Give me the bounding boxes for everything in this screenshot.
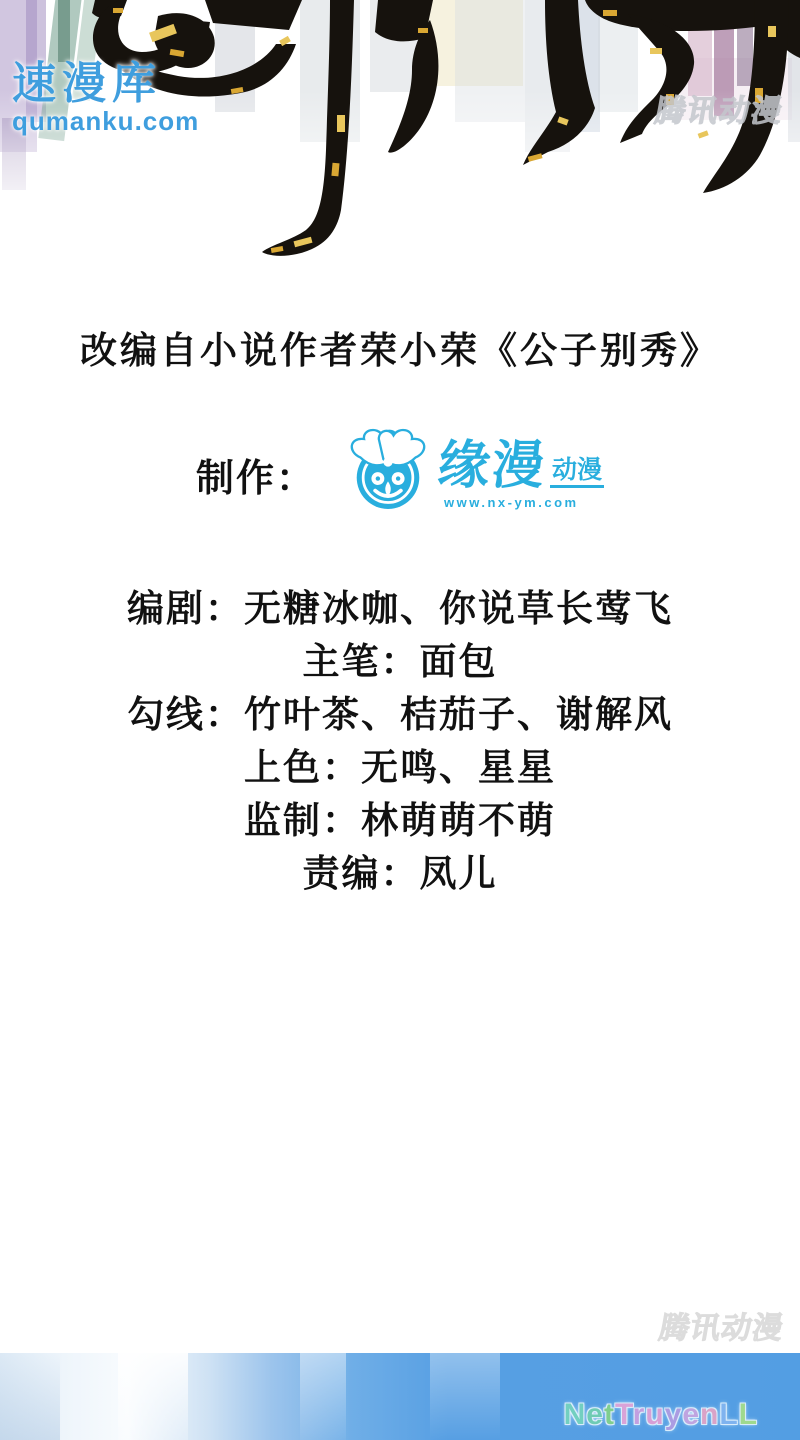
nettruyen-letter: e [682, 1398, 700, 1431]
site-domain: qumanku.com [12, 108, 199, 134]
nettruyen-letter: N [564, 1398, 587, 1431]
tencent-watermark-top: 腾讯动漫 [652, 86, 788, 130]
credit-line-editor: 责编：凤儿 [0, 847, 800, 900]
production-row: 制作： 缘漫 动漫 www.nx-ym.com [0, 424, 800, 524]
nettruyen-watermark: NetTruyenLL [564, 1398, 758, 1432]
studio-text: 缘漫 动漫 www.nx-ym.com [438, 440, 604, 509]
credit-line-supervisor: 监制：林萌萌不萌 [0, 794, 800, 847]
title-calligraphy-art [0, 0, 800, 300]
site-name: 速漫库 [12, 62, 199, 106]
tencent-watermark-bottom: 腾讯动漫 [656, 1303, 788, 1347]
credits-list: 编剧：无糖冰咖、你说草长莺飞 主笔：面包 勾线：竹叶茶、桔茄子、谢解风 上色：无… [0, 582, 800, 900]
comic-credits-page: 腾讯动漫 速漫库 qumanku.com 改编自小说作者荣小荣《公子别秀》 制作… [0, 0, 800, 1440]
band-streak [430, 1353, 500, 1440]
nettruyen-letter: L [739, 1398, 758, 1431]
band-streak [118, 1353, 188, 1440]
nettruyen-letter: e [586, 1398, 604, 1431]
band-streak [0, 1353, 60, 1440]
nettruyen-letter: y [665, 1398, 683, 1431]
adaptation-line: 改编自小说作者荣小荣《公子别秀》 [0, 320, 800, 374]
studio-website: www.nx-ym.com [444, 496, 579, 509]
production-label: 制作： [196, 447, 316, 502]
credit-line-coloring: 上色：无鸣、星星 [0, 741, 800, 794]
credit-line-scriptwriter: 编剧：无糖冰咖、你说草长莺飞 [0, 582, 800, 635]
studio-name: 缘漫 [435, 440, 548, 492]
nettruyen-letter: n [700, 1398, 719, 1431]
credit-line-lead-artist: 主笔：面包 [0, 635, 800, 688]
nettruyen-letter: r [633, 1398, 646, 1431]
studio-suffix: 动漫 [550, 458, 604, 488]
nettruyen-letter: T [615, 1398, 633, 1431]
nettruyen-letter: t [604, 1398, 615, 1431]
bottom-watercolor-band: NetTruyenLL [0, 1353, 800, 1440]
studio-logo: 缘漫 动漫 www.nx-ym.com [342, 428, 604, 520]
nettruyen-letter: L [719, 1398, 738, 1431]
nettruyen-letter: u [645, 1398, 664, 1431]
band-streak [300, 1353, 346, 1440]
studio-emblem-icon [342, 428, 434, 520]
credit-line-inking: 勾线：竹叶茶、桔茄子、谢解风 [0, 688, 800, 741]
site-watermark: 速漫库 qumanku.com [12, 62, 199, 134]
